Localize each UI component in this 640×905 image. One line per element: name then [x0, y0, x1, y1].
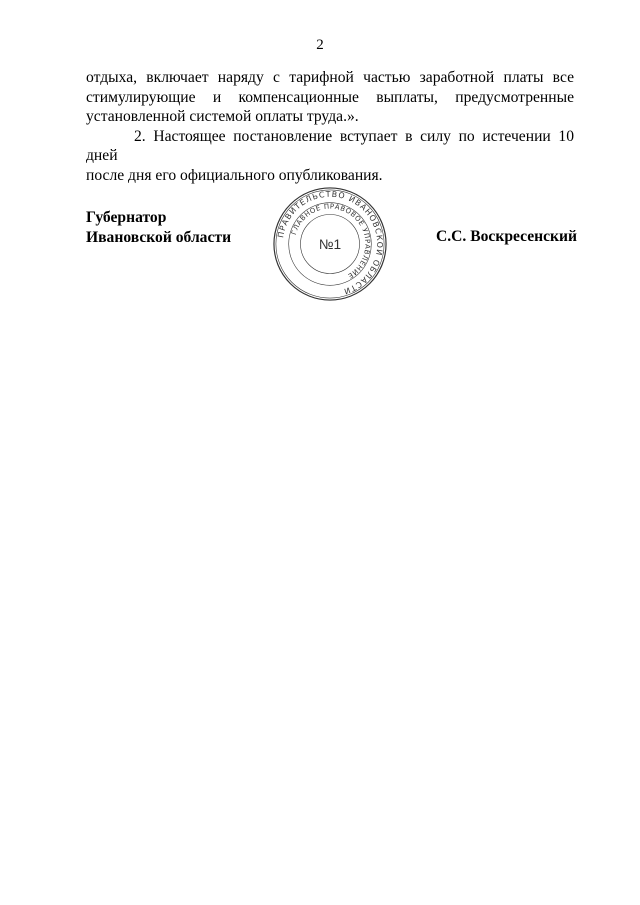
official-seal-icon: ПРАВИТЕЛЬСТВО ИВАНОВСКОЙ ОБЛАСТИ ГЛАВНОЕ… — [271, 185, 389, 303]
signatory-title-line: Ивановской области — [86, 228, 231, 248]
signatory-name: С.С. Воскресенский — [436, 227, 577, 247]
body-line: стимулирующие и компенсационные выплаты,… — [86, 88, 574, 108]
seal-center-text: №1 — [319, 237, 341, 252]
signatory-title-line: Губернатор — [86, 208, 231, 228]
document-body: отдыха, включает наряду с тарифной часть… — [86, 68, 574, 185]
paragraph-2-line: после дня его официального опубликования… — [86, 166, 574, 186]
page-number: 2 — [0, 37, 640, 54]
signatory-title: Губернатор Ивановской области — [86, 208, 231, 247]
body-line: установленной системой оплаты труда.». — [86, 107, 574, 127]
body-line: отдыха, включает наряду с тарифной часть… — [86, 68, 574, 88]
paragraph-2-line: 2. Настоящее постановление вступает в си… — [86, 127, 574, 166]
